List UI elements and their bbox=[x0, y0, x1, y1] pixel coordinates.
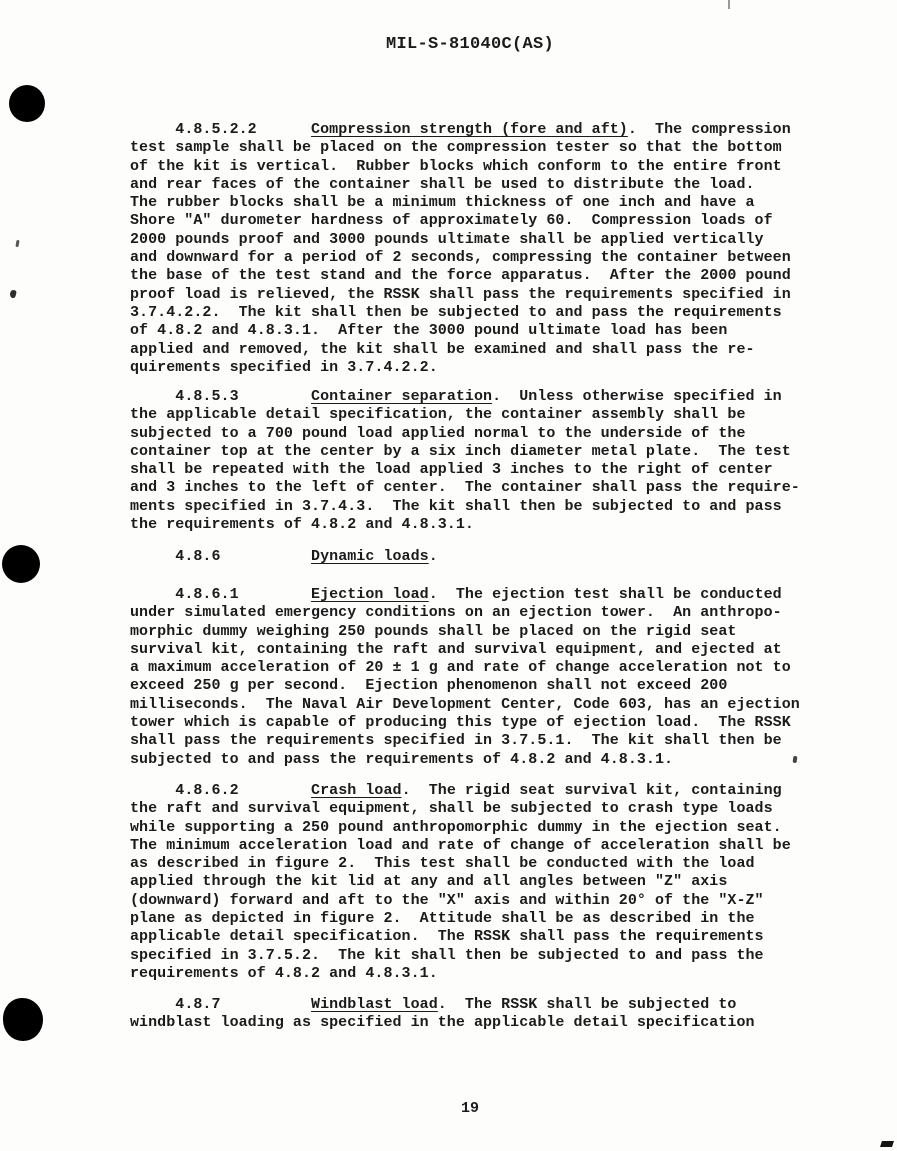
section-number: 4.8.6 bbox=[130, 548, 311, 565]
document-page: MIL-S-81040C(AS) 4.8.5.2.2 Compression s… bbox=[0, 0, 897, 1151]
punch-hole bbox=[9, 85, 45, 122]
scan-artifact bbox=[728, 0, 730, 9]
section-heading: Dynamic loads bbox=[311, 548, 429, 565]
section-body: . The compression test sample shall be p… bbox=[130, 121, 791, 376]
section-body: . The ejection test shall be conducted u… bbox=[130, 586, 800, 768]
scan-artifact bbox=[880, 1141, 894, 1147]
section-body: . Unless otherwise specified in the appl… bbox=[130, 388, 800, 533]
paragraph-4-8-6-2: 4.8.6.2 Crash load. The rigid seat survi… bbox=[130, 782, 850, 983]
section-heading: Windblast load bbox=[311, 996, 438, 1013]
section-heading: Container separation bbox=[311, 388, 492, 405]
section-heading: Ejection load bbox=[311, 586, 429, 603]
section-number: 4.8.6.2 bbox=[130, 782, 311, 799]
punch-hole bbox=[2, 545, 40, 583]
section-number: 4.8.7 bbox=[130, 996, 311, 1013]
section-body: . The rigid seat survival kit, containin… bbox=[130, 782, 791, 982]
scan-artifact bbox=[15, 240, 19, 247]
section-heading: Crash load bbox=[311, 782, 402, 799]
section-body: . bbox=[429, 548, 438, 565]
paragraph-4-8-5-2-2: 4.8.5.2.2 Compression strength (fore and… bbox=[130, 121, 850, 377]
section-number: 4.8.6.1 bbox=[130, 586, 311, 603]
section-number: 4.8.5.3 bbox=[130, 388, 311, 405]
scan-artifact bbox=[9, 289, 17, 298]
section-heading: Compression strength (fore and aft) bbox=[311, 121, 628, 138]
document-id-header: MIL-S-81040C(AS) bbox=[130, 35, 810, 55]
paragraph-4-8-7: 4.8.7 Windblast load. The RSSK shall be … bbox=[130, 996, 850, 1033]
punch-hole bbox=[3, 998, 43, 1041]
paragraph-4-8-6-1: 4.8.6.1 Ejection load. The ejection test… bbox=[130, 586, 850, 769]
paragraph-4-8-6: 4.8.6 Dynamic loads. bbox=[130, 548, 850, 566]
page-number: 19 bbox=[130, 1100, 810, 1118]
section-number: 4.8.5.2.2 bbox=[130, 121, 311, 138]
paragraph-4-8-5-3: 4.8.5.3 Container separation. Unless oth… bbox=[130, 388, 850, 534]
